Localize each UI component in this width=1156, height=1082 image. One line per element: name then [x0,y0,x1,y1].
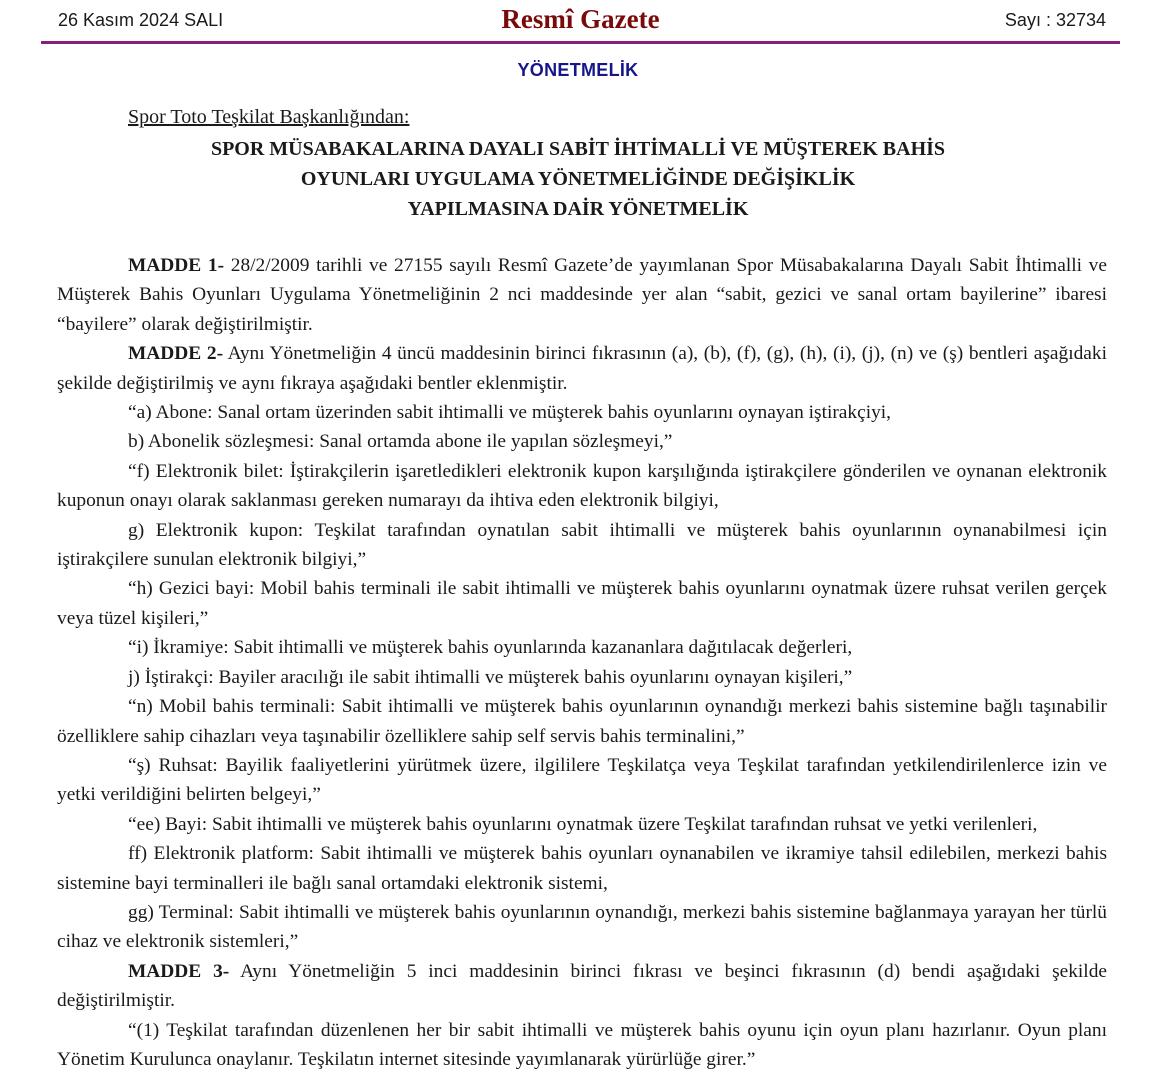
paragraph-text: j) İştirakçi: Bayiler aracılığı ile sabi… [128,667,852,688]
clause-paragraph: “f) Elektronik bilet: İştirakçilerin işa… [57,457,1107,516]
paragraph-text: b) Abonelik sözleşmesi: Sanal ortamda ab… [128,431,672,452]
header-divider [41,41,1120,44]
regulation-title-line: OYUNLARI UYGULAMA YÖNETMELİĞİNDE DEĞİŞİK… [0,164,1156,194]
paragraph-text: “i) İkramiye: Sabit ihtimalli ve müştere… [128,637,852,658]
gazette-page: 26 Kasım 2024 SALI Resmî Gazete Sayı : 3… [0,0,1156,1082]
article-paragraph: MADDE 3- Aynı Yönetmeliğin 5 inci maddes… [57,957,1107,1016]
clause-paragraph: ff) Elektronik platform: Sabit ihtimalli… [57,839,1107,898]
clause-paragraph: “(1) Teşkilat tarafından düzenlenen her … [57,1016,1107,1075]
article-paragraph: MADDE 2- Aynı Yönetmeliğin 4 üncü maddes… [57,339,1107,398]
article-label: MADDE 1- [128,255,224,276]
article-paragraph: MADDE 1- 28/2/2009 tarihli ve 27155 sayı… [57,251,1107,339]
gazette-header: 26 Kasım 2024 SALI Resmî Gazete Sayı : 3… [41,0,1120,44]
paragraph-text: “n) Mobil bahis terminali: Sabit ihtimal… [57,696,1107,746]
regulation-body: MADDE 1- 28/2/2009 tarihli ve 27155 sayı… [57,251,1107,1074]
clause-paragraph: “ee) Bayi: Sabit ihtimalli ve müşterek b… [57,810,1107,839]
issue-number: Sayı : 32734 [1005,10,1106,31]
clause-paragraph: “a) Abone: Sanal ortam üzerinden sabit i… [57,398,1107,427]
paragraph-text: ff) Elektronik platform: Sabit ihtimalli… [57,843,1107,893]
clause-paragraph: “n) Mobil bahis terminali: Sabit ihtimal… [57,692,1107,751]
regulation-title-line: YAPILMASINA DAİR YÖNETMELİK [0,194,1156,224]
clause-paragraph: “h) Gezici bayi: Mobil bahis terminali i… [57,574,1107,633]
article-label: MADDE 3- [128,961,229,982]
paragraph-text: “a) Abone: Sanal ortam üzerinden sabit i… [128,402,891,423]
clause-paragraph: j) İştirakçi: Bayiler aracılığı ile sabi… [57,663,1107,692]
issuing-authority: Spor Toto Teşkilat Başkanlığından: [128,106,409,129]
clause-paragraph: b) Abonelik sözleşmesi: Sanal ortamda ab… [57,427,1107,456]
paragraph-text: “f) Elektronik bilet: İştirakçilerin işa… [57,461,1107,511]
paragraph-text: “ee) Bayi: Sabit ihtimalli ve müşterek b… [128,814,1037,835]
paragraph-text: g) Elektronik kupon: Teşkilat tarafından… [57,520,1107,570]
clause-paragraph: g) Elektronik kupon: Teşkilat tarafından… [57,516,1107,575]
paragraph-text: “(1) Teşkilat tarafından düzenlenen her … [57,1020,1107,1070]
paragraph-text: gg) Terminal: Sabit ihtimalli ve müştere… [57,902,1107,952]
paragraph-text: “h) Gezici bayi: Mobil bahis terminali i… [57,578,1107,628]
clause-paragraph: gg) Terminal: Sabit ihtimalli ve müştere… [57,898,1107,957]
gazette-title: Resmî Gazete [41,4,1120,35]
section-label: YÖNETMELİK [0,60,1156,81]
clause-paragraph: “i) İkramiye: Sabit ihtimalli ve müştere… [57,633,1107,662]
article-label: MADDE 2- [128,343,223,364]
paragraph-text: “ş) Ruhsat: Bayilik faaliyetlerini yürüt… [57,755,1107,805]
regulation-title-line: SPOR MÜSABAKALARINA DAYALI SABİT İHTİMAL… [0,134,1156,164]
clause-paragraph: “ş) Ruhsat: Bayilik faaliyetlerini yürüt… [57,751,1107,810]
regulation-title: SPOR MÜSABAKALARINA DAYALI SABİT İHTİMAL… [0,134,1156,224]
